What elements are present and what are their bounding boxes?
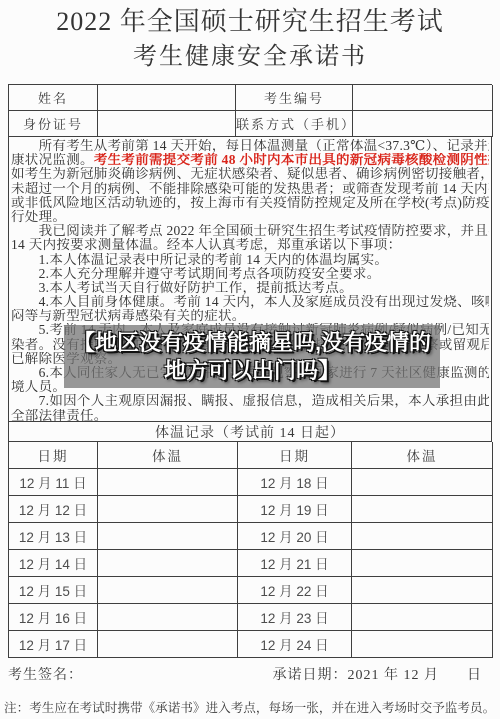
temp-value-cell <box>98 496 238 523</box>
body-text: 未超过一个月的病例、不能排除感染可能的发热患者；或筛查发现考前 14 天内有境外 <box>11 182 489 196</box>
commitment-text-line: 闷等与新型冠状病毒感染有关的症状。 <box>11 309 489 323</box>
document-page: 2022 年全国硕士研究生招生考试 考生健康安全承诺书 姓名 考生编号 身份证号… <box>0 0 500 719</box>
body-text: 4.本人目前身体健康。考前 14 天内，本人及家庭成员没有出现过发烧、咳嗽、胸 <box>11 295 489 309</box>
field-label: 联系方式（手机） <box>236 111 353 137</box>
body-text: 1.本人体温记录表中所记录的考前 14 天内的体温均属实。 <box>11 253 388 267</box>
col-header-date: 日期 <box>9 442 98 469</box>
body-text: 行处理。 <box>11 210 66 224</box>
commitment-text-line: 未超过一个月的病例、不能排除感染可能的发热患者；或筛查发现考前 14 天内有境外 <box>11 182 489 196</box>
temperature-row: 12 月 17 日 12 月 24 日 <box>9 631 492 658</box>
red-highlight-text: 考生考前需提交考前 48 小时内本市出具的新冠病毒核酸检测阴性报告。 <box>94 153 489 167</box>
commitment-text-line: 或非低风险地区活动轨迹的，按上海市有关疫情防控规定及所在学校(考点)防疫要求进 <box>11 196 489 210</box>
date-cell: 12 月 12 日 <box>9 496 98 523</box>
date-cell: 12 月 14 日 <box>9 550 98 577</box>
body-text: 全部法律责任。 <box>11 409 108 422</box>
temperature-row: 12 月 16 日 12 月 23 日 <box>9 604 492 631</box>
temp-value-cell <box>98 631 238 658</box>
body-text: 如考生为新冠肺炎确诊病例、无症状感染者、疑似患者、确诊病例密切接触者，或治愈 <box>11 167 489 181</box>
temperature-record-table: 体温记录（考试前 14 日起） 日期 体温 日期 体温 12 月 11 日 12… <box>8 421 492 658</box>
commitment-text-line: 全部法律责任。 <box>11 409 489 422</box>
body-text: 康状况监测。 <box>11 153 94 167</box>
field-label: 姓名 <box>9 85 98 111</box>
date-cell: 12 月 22 日 <box>238 577 352 604</box>
temp-value-cell <box>352 523 493 550</box>
temp-value-cell <box>352 550 493 577</box>
date-cell: 12 月 19 日 <box>238 496 352 523</box>
temp-value-cell <box>98 523 238 550</box>
date-cell: 12 月 23 日 <box>238 604 352 631</box>
body-text: 我已阅读并了解考点 2022 年全国硕士研究生招生考试疫情防控要求，并且在考前 <box>11 224 489 238</box>
commitment-text-line: 14 天内按要求测量体温。经本人认真考虑，郑重承诺以下事项： <box>11 238 489 252</box>
field-value-cell <box>98 111 236 137</box>
commitment-text-line: 3.本人考试当天自行做好防护工作，提前抵达考点。 <box>11 281 489 295</box>
temp-value-cell <box>352 496 493 523</box>
promise-date-label: 承诺日期：2021 年 12 月日 <box>273 664 483 684</box>
date-cell: 12 月 13 日 <box>9 523 98 550</box>
temp-value-cell <box>98 550 238 577</box>
commitment-text-line: 4.本人目前身体健康。考前 14 天内，本人及家庭成员没有出现过发烧、咳嗽、胸 <box>11 295 489 309</box>
footer-note: 注：考生应在考试时携带《承诺书》进入考点，每场一张，并在进入考场时交予监考员。 <box>4 697 492 716</box>
temperature-row: 12 月 14 日 12 月 21 日 <box>9 550 492 577</box>
body-text: 境人员。 <box>11 380 66 394</box>
commitment-text-line: 1.本人体温记录表中所记录的考前 14 天内的体温均属实。 <box>11 253 489 267</box>
col-header-temp: 体温 <box>98 442 238 469</box>
date-cell: 12 月 20 日 <box>238 523 352 550</box>
date-cell: 12 月 21 日 <box>238 550 352 577</box>
temp-value-cell <box>352 604 493 631</box>
info-row: 姓名 考生编号 <box>9 85 492 111</box>
body-text: 3.本人考试当天自行做好防护工作，提前抵达考点。 <box>11 281 353 295</box>
date-cell: 12 月 18 日 <box>238 469 352 496</box>
exam-title-line-2: 考生健康安全承诺书 <box>8 42 492 72</box>
commitment-text-line: 7.如因个人主观原因漏报、瞒报、虚报信息，造成相关后果，本人承担由此带来的 <box>11 394 489 408</box>
date-cell: 12 月 16 日 <box>9 604 98 631</box>
field-value-cell <box>353 111 493 137</box>
temperature-row: 12 月 11 日 12 月 18 日 <box>9 469 492 496</box>
body-text: 所有考生从考前第 14 天开始，每日体温测量（正常体温<37.3℃）、记录并进行… <box>11 139 489 153</box>
signature-row: 考生签名： 承诺日期：2021 年 12 月日 <box>8 664 492 684</box>
watermark-line-1: 【地区没有疫情能摘星吗,没有疫情的 <box>73 329 431 357</box>
col-header-temp: 体温 <box>352 442 493 469</box>
temperature-row: 12 月 13 日 12 月 20 日 <box>9 523 492 550</box>
temperature-row: 12 月 15 日 12 月 22 日 <box>9 577 492 604</box>
field-value-cell <box>98 85 236 111</box>
body-text: 闷等与新型冠状病毒感染有关的症状。 <box>11 309 246 323</box>
commitment-text-line: 2.本人充分理解并遵守考试期间考点各项防疫安全要求。 <box>11 267 489 281</box>
temp-value-cell <box>352 631 493 658</box>
temp-value-cell <box>98 577 238 604</box>
col-header-date: 日期 <box>238 442 352 469</box>
date-cell: 12 月 15 日 <box>9 577 98 604</box>
body-text: 7.如因个人主观原因漏报、瞒报、虚报信息，造成相关后果，本人承担由此带来的 <box>11 394 489 408</box>
temp-value-cell <box>352 577 493 604</box>
commitment-text-line: 我已阅读并了解考点 2022 年全国硕士研究生招生考试疫情防控要求，并且在考前 <box>11 224 489 238</box>
temperature-rows: 12 月 11 日 12 月 18 日 12 月 12 日 12 月 19 日 … <box>9 469 492 658</box>
date-cell: 12 月 17 日 <box>9 631 98 658</box>
date-cell: 12 月 24 日 <box>238 631 352 658</box>
commitment-text-line: 康状况监测。考生考前需提交考前 48 小时内本市出具的新冠病毒核酸检测阴性报告。 <box>11 153 489 167</box>
commitment-text-line: 所有考生从考前第 14 天开始，每日体温测量（正常体温<37.3℃）、记录并进行… <box>11 139 489 153</box>
applicant-info-table: 姓名 考生编号 身份证号 联系方式（手机） <box>8 84 492 137</box>
watermark-line-2: 地方可以出门吗】 <box>164 357 340 385</box>
body-text: 2.本人充分理解并遵守考试期间考点各项防疫安全要求。 <box>11 267 381 281</box>
field-value-cell <box>353 85 493 111</box>
temp-value-cell <box>98 604 238 631</box>
signature-label: 考生签名： <box>8 664 83 684</box>
commitment-text-line: 行处理。 <box>11 210 489 224</box>
body-text: 14 天内按要求测量体温。经本人认真考虑，郑重承诺以下事项： <box>11 238 401 252</box>
date-cell: 12 月 11 日 <box>9 469 98 496</box>
temperature-row: 12 月 12 日 12 月 19 日 <box>9 496 492 523</box>
field-label: 考生编号 <box>236 85 353 111</box>
commitment-body: 所有考生从考前第 14 天开始，每日体温测量（正常体温<37.3℃）、记录并进行… <box>8 136 492 422</box>
temperature-table-title: 体温记录（考试前 14 日起） <box>9 422 492 442</box>
field-label: 身份证号 <box>9 111 98 137</box>
exam-title-line-1: 2022 年全国硕士研究生招生考试 <box>8 6 492 38</box>
watermark-overlay: 【地区没有疫情能摘星吗,没有疫情的 地方可以出门吗】 <box>64 325 440 388</box>
body-text: 或非低风险地区活动轨迹的，按上海市有关疫情防控规定及所在学校(考点)防疫要求进 <box>11 196 489 210</box>
temperature-table-header-row: 日期 体温 日期 体温 <box>9 442 492 469</box>
promise-date-day: 日 <box>467 668 482 683</box>
info-row: 身份证号 联系方式（手机） <box>9 111 492 137</box>
temp-value-cell <box>98 469 238 496</box>
temp-value-cell <box>352 469 493 496</box>
commitment-text-line: 如考生为新冠肺炎确诊病例、无症状感染者、疑似患者、确诊病例密切接触者，或治愈 <box>11 167 489 181</box>
